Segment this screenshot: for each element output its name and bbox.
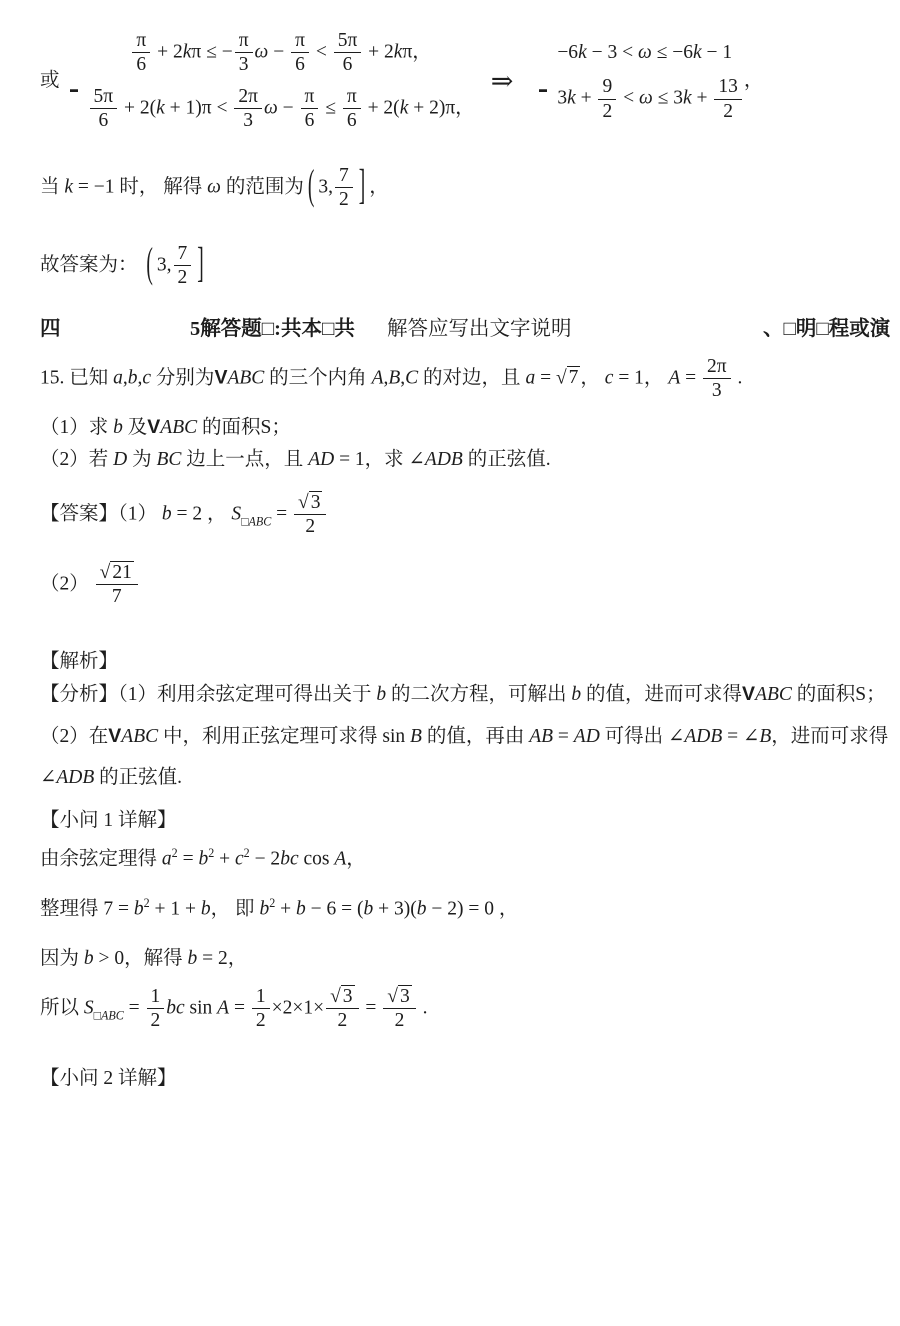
analysis-point-2b: ∠ADB 的正弦值. <box>40 765 182 791</box>
section-title-overlap: 5解答题□:共本□共 <box>190 316 355 344</box>
result-row-1: −6k − 3 < ω ≤ −6k − 1 <box>557 40 732 66</box>
implies-arrow: ⇒ <box>491 63 514 99</box>
section-heading: 四 5解答题□:共本□共 解答应写出文字说明 、□明□程或演 <box>0 316 900 346</box>
inequality-row-2: 5π6 + 2(k + 1)π < 2π3ω − π6 ≤ π6 + 2(k +… <box>88 86 475 132</box>
result-row-2: 3k + 92 < ω ≤ 3k + 132 <box>557 76 744 122</box>
analysis-point-2a: （2）在VABC 中，利用正弦定理可求得 sin B 的值，再由 AB = AD… <box>40 723 888 750</box>
problem-15-statement: 15. 已知 a,b,c 分别为VABC 的三个内角 A,B,C 的对边，且 a… <box>40 356 742 402</box>
quadratic-line: 整理得 7 = b2 + 1 + b， 即 b2 + b − 6 = (b + … <box>40 895 518 923</box>
answer-part-2: （2） √217 <box>40 562 140 608</box>
detail-2-header: 【小问 2 详解】 <box>40 1066 177 1092</box>
answer-part-1: 【答案】（1） b = 2 ， S□ABC = √32 <box>40 492 328 538</box>
inequality-row-1: π6 + 2kπ ≤ −π3ω − π6 < 5π6 + 2kπ， <box>130 30 431 76</box>
document-page: 或 π6 + 2kπ ≤ −π3ω − π6 < 5π6 + 2kπ， 5π6 … <box>0 0 900 1326</box>
question-2: （2）若 D 为 BC 边上一点，且 AD = 1，求 ∠ADB 的正弦值. <box>40 447 551 473</box>
section-instruction-tail: 、□明□程或演 <box>763 316 890 344</box>
analysis-point-1: 【分析】（1）利用余弦定理可得出关于 b 的二次方程，可解出 b 的值，进而可求… <box>40 681 886 708</box>
analysis-header: 【解析】 <box>40 649 118 675</box>
area-line: 所以 S□ABC = 12bc sin A = 12×2×1×√32 = √32… <box>40 986 428 1032</box>
left-system-rows: π6 + 2kπ ≤ −π3ω − π6 < 5π6 + 2kπ， 5π6 + … <box>88 30 475 132</box>
system-comma: ， <box>744 68 764 94</box>
system-of-inequalities: 或 π6 + 2kπ ≤ −π3ω − π6 < 5π6 + 2kπ， 5π6 … <box>40 30 763 132</box>
or-label: 或 <box>40 68 60 94</box>
final-answer-line: 故答案为： (3,72] <box>40 243 208 289</box>
question-1: （1）求 b 及VABC 的面积S； <box>40 414 291 441</box>
left-system-brace <box>68 31 80 130</box>
solve-b-line: 因为 b > 0，解得 b = 2， <box>40 946 247 972</box>
section-instruction: 解答应写出文字说明 <box>387 316 572 344</box>
section-number: 四 <box>40 316 61 344</box>
right-system-rows: −6k − 3 < ω ≤ −6k − 1 3k + 92 < ω ≤ 3k +… <box>557 40 744 122</box>
k-value-line: 当 k = −1 时， 解得 ω 的范围为(3,72]， <box>40 165 389 211</box>
cosine-rule-line: 由余弦定理得 a2 = b2 + c2 − 2bc cos A， <box>40 845 366 873</box>
right-system-brace <box>537 31 549 130</box>
detail-1-header: 【小问 1 详解】 <box>40 808 177 834</box>
